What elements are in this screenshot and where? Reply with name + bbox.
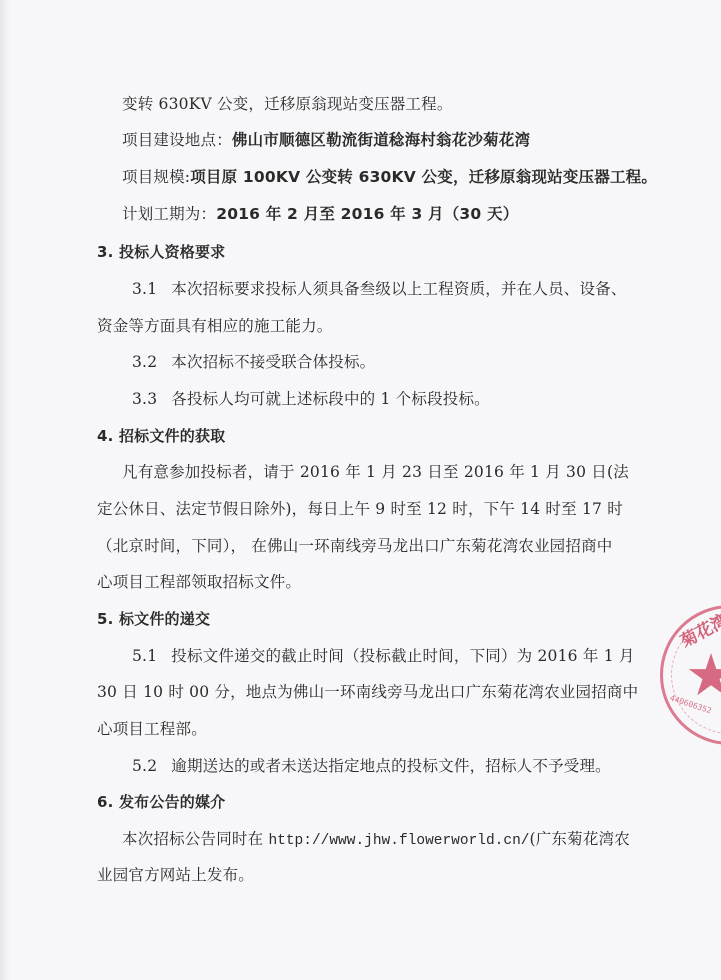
section-4-paragraph-line-2: 定公休日、法定节假日除外)，每日上午 9 时至 12 时，下午 14 时至 17… bbox=[97, 499, 623, 519]
section-4-paragraph-line-3: （北京时间，下同）， 在佛山一环南线旁马龙出口广东菊花湾农业园招商中 bbox=[97, 536, 612, 556]
item-number: 3.2 bbox=[132, 353, 157, 371]
page-edge bbox=[0, 0, 10, 980]
media-suffix: (广东菊花湾农 bbox=[529, 830, 629, 848]
project-scale-label: 项目规模: bbox=[122, 168, 190, 186]
project-period-value: 2016 年 2 月至 2016 年 3 月（30 天） bbox=[216, 205, 518, 223]
official-seal-stamp: 菊花湾农业 ★ 440606352 bbox=[660, 605, 721, 745]
item-5-2: 5.2逾期送达的或者未送达指定地点的投标文件，招标人不予受理。 bbox=[132, 756, 611, 776]
media-prefix: 本次招标公告同时在 bbox=[122, 830, 268, 848]
item-text: 逾期送达的或者未送达指定地点的投标文件，招标人不予受理。 bbox=[171, 757, 611, 775]
section-6-paragraph-line-1: 本次招标公告同时在 http://www.jhw.flowerworld.cn/… bbox=[122, 829, 630, 851]
item-text: 本次招标要求投标人须具备叁级以上工程资质，并在人员、设备、 bbox=[171, 280, 626, 298]
section-4-paragraph-line-1: 凡有意参加投标者，请于 2016 年 1 月 23 日至 2016 年 1 月 … bbox=[122, 462, 629, 482]
website-url: http://www.jhw.flowerworld.cn/ bbox=[268, 833, 529, 849]
project-location-value: 佛山市顺德区勒流街道稔海村翁花沙菊花湾 bbox=[232, 131, 530, 149]
item-5-1: 5.1投标文件递交的截止时间（投标截止时间，下同）为 2016 年 1 月 bbox=[132, 646, 635, 666]
section-4-paragraph-line-4: 心项目工程部领取招标文件。 bbox=[97, 572, 301, 592]
item-5-1-continuation-2: 心项目工程部。 bbox=[97, 719, 207, 739]
section-5-heading: 5. 标文件的递交 bbox=[97, 609, 210, 629]
item-number: 5.2 bbox=[132, 757, 157, 775]
star-icon: ★ bbox=[685, 646, 721, 704]
section-3-heading: 3. 投标人资格要求 bbox=[97, 242, 225, 262]
project-scale: 项目规模:项目原 100KV 公变转 630KV 公变，迁移原翁现站变压器工程。 bbox=[122, 167, 657, 187]
section-6-heading: 6. 发布公告的媒介 bbox=[97, 792, 225, 812]
item-3-1-continuation: 资金等方面具有相应的施工能力。 bbox=[97, 316, 333, 336]
item-number: 3.1 bbox=[132, 280, 157, 298]
project-scale-continuation: 变转 630KV 公变，迁移原翁现站变压器工程。 bbox=[122, 94, 453, 114]
project-period-label: 计划工期为： bbox=[122, 205, 216, 223]
item-3-2: 3.2本次招标不接受联合体投标。 bbox=[132, 352, 375, 372]
project-period: 计划工期为：2016 年 2 月至 2016 年 3 月（30 天） bbox=[122, 204, 518, 224]
item-3-3: 3.3各投标人均可就上述标段中的 1 个标段投标。 bbox=[132, 389, 490, 409]
project-location: 项目建设地点：佛山市顺德区勒流街道稔海村翁花沙菊花湾 bbox=[122, 130, 530, 150]
item-text: 投标文件递交的截止时间（投标截止时间，下同）为 2016 年 1 月 bbox=[171, 647, 634, 665]
project-scale-value: 项目原 100KV 公变转 630KV 公变，迁移原翁现站变压器工程。 bbox=[190, 168, 657, 186]
item-number: 5.1 bbox=[132, 647, 157, 665]
item-text: 各投标人均可就上述标段中的 1 个标段投标。 bbox=[171, 390, 490, 408]
section-6-paragraph-line-2: 业园官方网站上发布。 bbox=[97, 865, 254, 885]
project-location-label: 项目建设地点： bbox=[122, 131, 232, 149]
section-4-heading: 4. 招标文件的获取 bbox=[97, 426, 225, 446]
item-5-1-continuation-1: 30 日 10 时 00 分，地点为佛山一环南线旁马龙出口广东菊花湾农业园招商中 bbox=[97, 682, 638, 702]
item-text: 本次招标不接受联合体投标。 bbox=[171, 353, 375, 371]
item-number: 3.3 bbox=[132, 390, 157, 408]
item-3-1: 3.1本次招标要求投标人须具备叁级以上工程资质，并在人员、设备、 bbox=[132, 279, 627, 299]
